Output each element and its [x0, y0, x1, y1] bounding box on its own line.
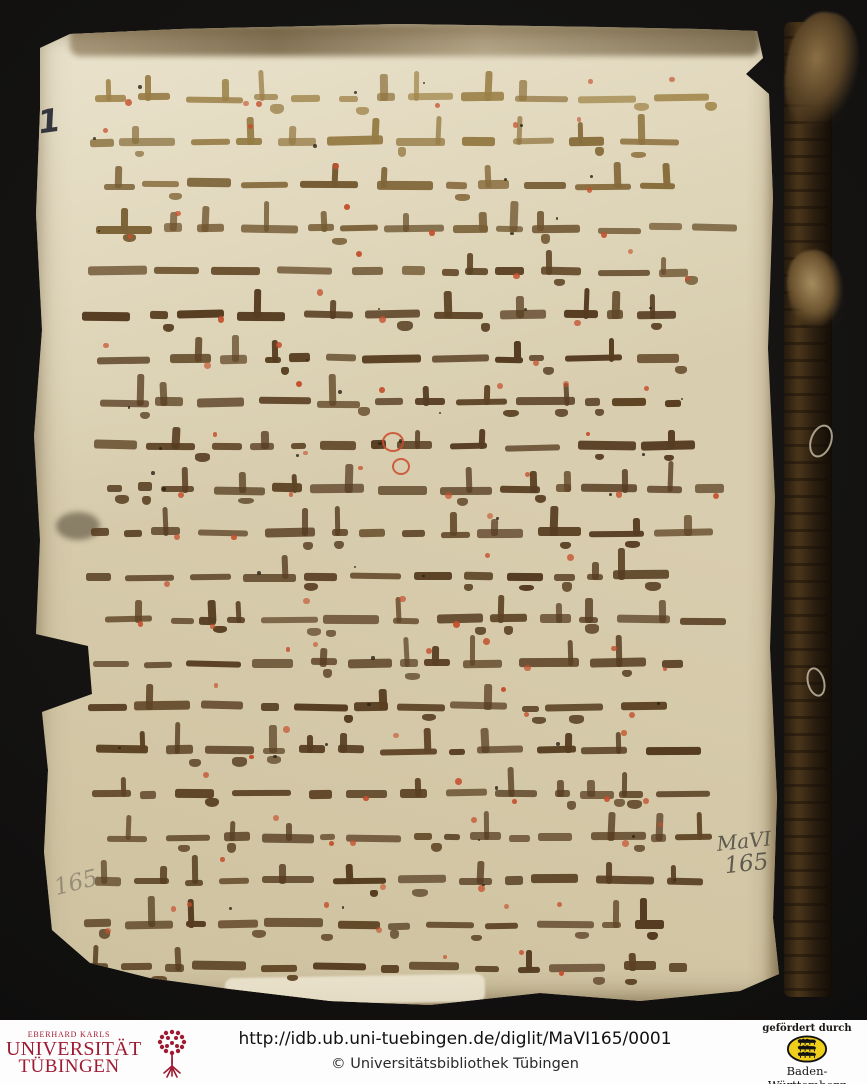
- kufic-text-line: [90, 112, 698, 154]
- red-rosette-verse-marker: [392, 458, 410, 475]
- kufic-text-line: [82, 286, 685, 328]
- kufic-text-line: [92, 764, 714, 806]
- kufic-text-line: [105, 590, 741, 632]
- kufic-text-line: [88, 242, 717, 284]
- folio-number-annotation: 1: [35, 101, 62, 142]
- digitized-manuscript-viewer: { "page_image": { "annotations": { "foli…: [0, 0, 867, 1084]
- kufic-text-line: [100, 373, 714, 415]
- manuscript-photo: 1 MaVI 165 165: [0, 0, 867, 1020]
- tree-emblem-icon: [152, 1026, 192, 1080]
- kufic-text-line: [91, 503, 701, 545]
- kufic-text-line: [96, 721, 714, 763]
- source-url: http://idb.ub.uni-tuebingen.de/diglit/Ma…: [238, 1029, 671, 1049]
- parchment-page: 1 MaVI 165 165: [30, 18, 790, 1010]
- funding-caption: gefördert durch: [750, 1023, 864, 1034]
- funding-logo: gefördert durch Baden-Württemberg: [750, 1023, 864, 1084]
- red-rosette-verse-marker: [382, 432, 404, 452]
- top-edge-stain: [70, 26, 760, 56]
- university-logo: EBERHARD KARLS UNIVERSITÄT TÜBINGEN: [6, 1026, 192, 1080]
- kufic-text-line: [86, 547, 707, 589]
- book-spine-binding: [780, 12, 865, 1014]
- copyright-notice: © Universitätsbibliothek Tübingen: [238, 1056, 671, 1072]
- kufic-text-line: [82, 938, 697, 980]
- university-logo-line3: TÜBINGEN: [6, 1058, 132, 1076]
- kufic-text-line: [93, 634, 701, 676]
- baden-wuerttemberg-shield-icon: [786, 1035, 828, 1063]
- spine-leather-strip: [784, 22, 832, 997]
- kufic-text-line: [107, 808, 722, 850]
- funding-region-name: Baden-Württemberg: [750, 1064, 864, 1084]
- kufic-text-line: [88, 677, 679, 719]
- kufic-text-line: [104, 155, 699, 197]
- kufic-text-line: [96, 199, 723, 241]
- kufic-text-line: [107, 460, 738, 502]
- footer-caption: http://idb.ub.uni-tuebingen.de/diglit/Ma…: [238, 1029, 671, 1072]
- footer-bar: EBERHARD KARLS UNIVERSITÄT TÜBINGEN http…: [0, 1020, 867, 1084]
- shelfmark-annotation: MaVI 165: [716, 827, 775, 880]
- kufic-text-line: [95, 851, 726, 893]
- university-logo-text: EBERHARD KARLS UNIVERSITÄT TÜBINGEN: [6, 1030, 132, 1076]
- kufic-text-block: [82, 68, 726, 998]
- kufic-text-line: [97, 329, 712, 371]
- kufic-text-line: [84, 895, 703, 937]
- kufic-text-line: [95, 68, 704, 110]
